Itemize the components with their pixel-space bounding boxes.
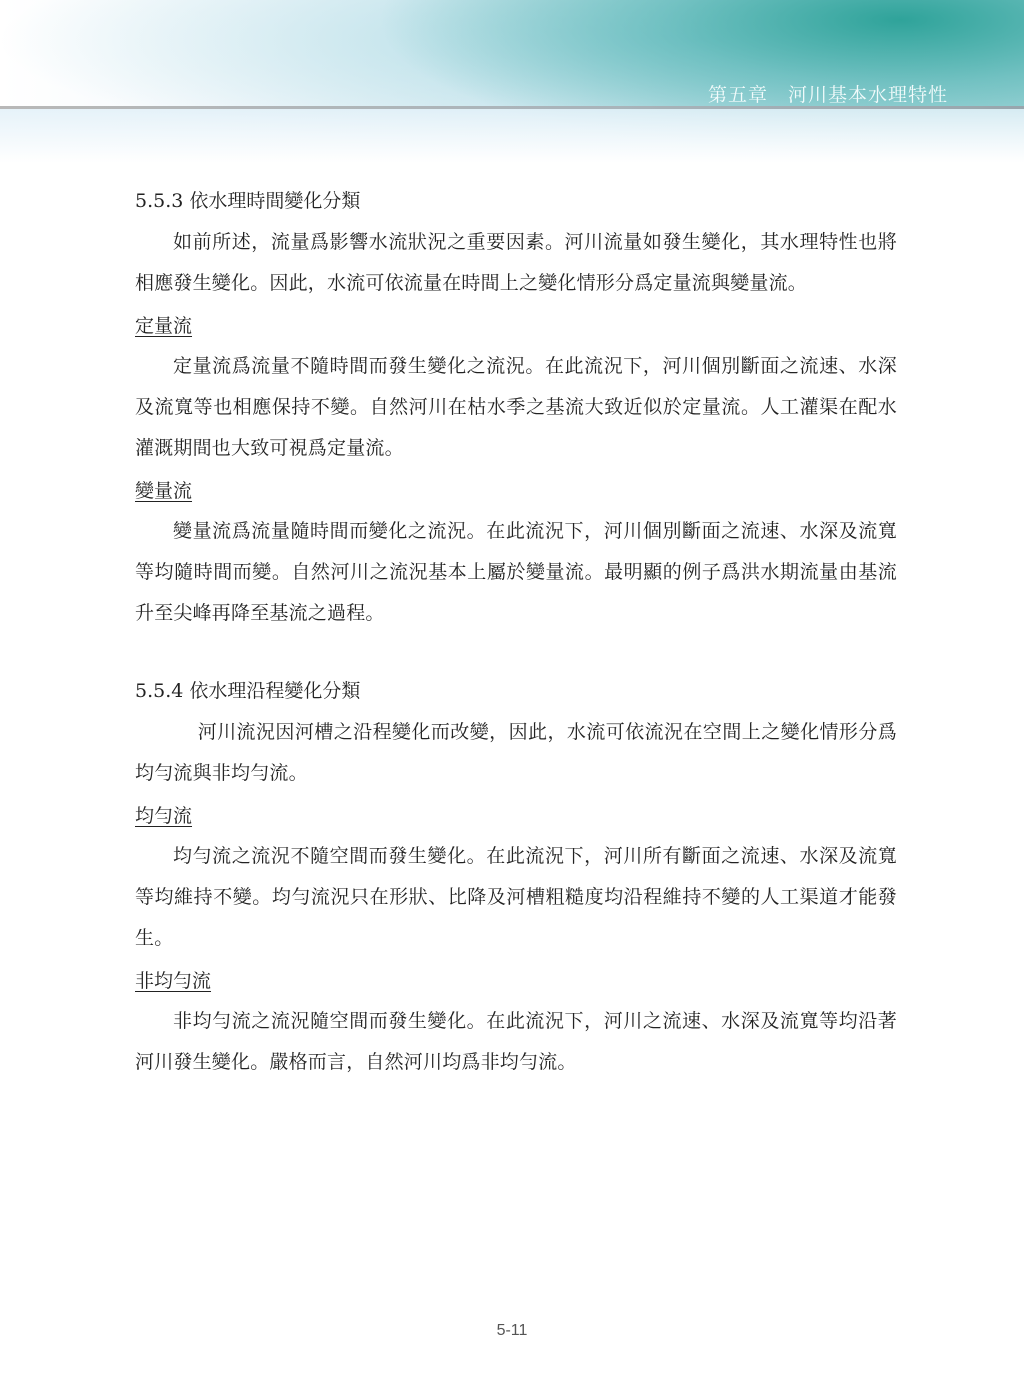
uniform-flow-paragraph: 均勻流之流況不隨空間而發生變化。在此流況下，河川所有斷面之流速、水深及流寬等均維… — [135, 836, 897, 959]
nonuniform-flow-paragraph: 非均勻流之流況隨空間而發生變化。在此流況下，河川之流速、水深及流寬等均沿著河川發… — [135, 1001, 897, 1083]
section-spacer — [135, 634, 897, 676]
section-intro-paragraph: 如前所述，流量爲影響水流狀況之重要因素。河川流量如發生變化，其水理特性也將相應發… — [135, 222, 897, 304]
page-content: 5.5.3 依水理時間變化分類 如前所述，流量爲影響水流狀況之重要因素。河川流量… — [135, 186, 897, 1083]
steady-flow-paragraph: 定量流爲流量不隨時間而發生變化之流況。在此流況下，河川個別斷面之流速、水深及流寬… — [135, 346, 897, 469]
subheading-unsteady-flow: 變量流 — [135, 471, 897, 511]
chapter-title: 第五章 河川基本水理特性 — [708, 80, 948, 107]
section-heading-5-5-4: 5.5.4 依水理沿程變化分類 — [135, 676, 897, 706]
subheading-steady-flow: 定量流 — [135, 306, 897, 346]
page-number: 5-11 — [0, 1322, 1024, 1340]
subheading-nonuniform-flow: 非均勻流 — [135, 961, 897, 1001]
section-intro-paragraph: 河川流況因河槽之沿程變化而改變，因此，水流可依流況在空間上之變化情形分爲均勻流與… — [135, 712, 897, 794]
unsteady-flow-paragraph: 變量流爲流量隨時間而變化之流況。在此流況下，河川個別斷面之流速、水深及流寬等均隨… — [135, 511, 897, 634]
subheading-uniform-flow: 均勻流 — [135, 796, 897, 836]
section-heading-5-5-3: 5.5.3 依水理時間變化分類 — [135, 186, 897, 216]
header-fade — [0, 108, 1024, 163]
